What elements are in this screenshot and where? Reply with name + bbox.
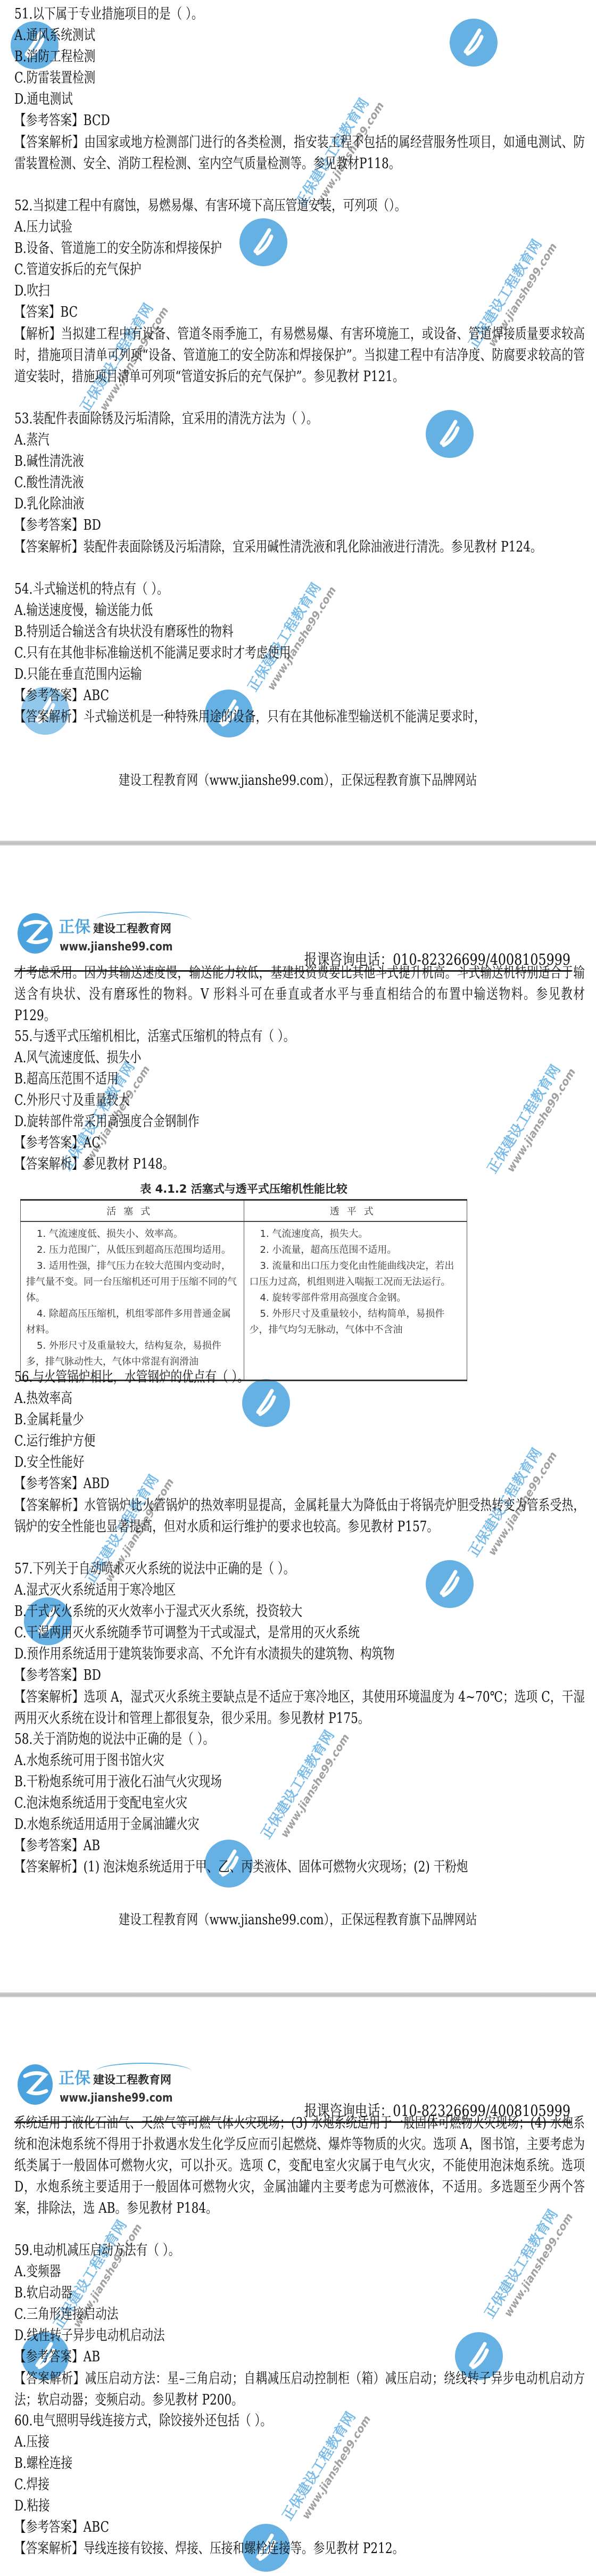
- reference-answer: 【参考答案】BCD: [14, 113, 110, 129]
- option-b: B.软启动器: [14, 2285, 72, 2301]
- watermark-text: 正保建设工程教育网www.jianshe99.com: [482, 1055, 578, 1183]
- watermark-logo-icon: [242, 1379, 290, 1427]
- table-cell-turbo: 1. 气流速度高，损失大。 2. 小流量，超高压范围不适用。 3. 流量和出口压…: [244, 1221, 467, 1381]
- option-a: A.水炮系统可用于图书馆火灾: [14, 1753, 164, 1769]
- reference-answer: 【参考答案】BD: [14, 1668, 101, 1684]
- option-b: B.特别适合输送含有块状没有磨琢性的物料: [14, 624, 234, 640]
- option-d: D.预作用系统适用于建筑装饰要求高、不允许有水渍损失的建筑物、构筑物: [14, 1646, 395, 1662]
- reference-answer: 【参考答案】AB: [14, 2349, 100, 2365]
- table-header-turbo: 透平式: [244, 1200, 467, 1222]
- logo-url: www.jianshe99.com: [60, 940, 173, 954]
- option-a: A.输送速度慢，输送能力低: [14, 603, 153, 619]
- table-header-piston: 活塞式: [21, 1200, 244, 1222]
- option-b: B.干式灭火系统的灭火效率小于湿式灭火系统，投资较大: [14, 1604, 302, 1620]
- page-footer: 建设工程教育网（www.jianshe99.com），正保远程教育旗下品牌网站: [0, 1909, 596, 1929]
- reference-answer: 【参考答案】ABC: [14, 2520, 109, 2536]
- logo-z-icon: [18, 2064, 53, 2105]
- reference-answer: 【参考答案】ABC: [14, 688, 109, 704]
- page-separator: [0, 1992, 596, 1997]
- option-d: D.安全性能好: [14, 1455, 84, 1471]
- option-a: A.风气流速度低、损失小: [14, 1050, 141, 1066]
- answer-analysis: 【答案解析】装配件表面除锈及污垢清除，宜采用碱性清洗液和乳化除油液进行清洗。参见…: [14, 537, 585, 558]
- logo-brand: 正保: [59, 2065, 90, 2088]
- option-b: B.螺栓连接: [14, 2456, 72, 2472]
- watermark-text: 正保建设工程教育网www.jianshe99.com: [255, 1721, 352, 1849]
- option-c: C.外形尺寸及重量较大: [14, 1093, 130, 1109]
- answer-analysis-continued: 才考虑采用。因为其输送速度慢，输送能力较低，基建投资费要比其他斗式提升机高。斗式…: [14, 963, 585, 1027]
- option-d: D.线性转子异步电动机启动法: [14, 2328, 165, 2344]
- question-stem: 60.电气照明导线连接方式，除饺接外还包括（ ）。: [14, 2413, 272, 2429]
- question-stem: 51.以下属于专业措施项目的是（ ）。: [14, 6, 203, 22]
- option-c: C.三角形连接启动法: [14, 2307, 118, 2323]
- question-stem: 52.当拟建工程中有腐蚀，易燃易爆、有害环境下高压管道安装，可列项（）。: [14, 198, 406, 214]
- page-separator: [0, 841, 596, 846]
- option-c: C.防雷装置检测: [14, 70, 95, 86]
- table-caption: 表 4.1.2 活塞式与透平式压缩机性能比较: [20, 1181, 467, 1199]
- option-b: B.金属耗量少: [14, 1412, 84, 1428]
- answer-analysis-continued: 系统适用于液化石油气、天然气等可燃气体火灾现场；(3) 水炮系统适用于一般固体可…: [14, 2113, 585, 2219]
- logo-url: www.jianshe99.com: [60, 2091, 173, 2105]
- option-c: C.焊接: [14, 2477, 49, 2493]
- option-a: A.蒸汽: [14, 432, 49, 448]
- option-a: A.热效率高: [14, 1391, 72, 1407]
- answer-analysis: 【答案解析】选项 A，湿式灭火系统主要缺点是不适应于寒冷地区，其使用环境温度为 …: [14, 1687, 585, 1729]
- option-d: D.乳化除油液: [14, 496, 84, 512]
- option-a: A.压力试验: [14, 219, 72, 235]
- watermark-text: 正保建设工程教育网www.jianshe99.com: [479, 2200, 575, 2328]
- option-b: B.超高压范围不适用: [14, 1071, 119, 1087]
- watermark-logo-icon: [450, 19, 498, 67]
- option-c: C.管道安拆后的充气保护: [14, 262, 142, 278]
- option-d: D.吹扫: [14, 283, 50, 299]
- option-d: D.通电测试: [14, 92, 73, 108]
- question-stem: 58.关于消防炮的说法中正确的是（ ）。: [14, 1732, 214, 1748]
- question-stem: 55.与透平式压缩机相比，活塞式压缩机的特点有（ ）。: [14, 1029, 295, 1045]
- page-header: 正保 建设工程教育网 www.jianshe99.com 报课咨询电话：010-…: [0, 905, 596, 972]
- answer-analysis: 【答案解析】水管锅炉比火管锅炉的热效率明显提高，金属耗量大为降低由于将锅壳炉胆受…: [14, 1495, 585, 1538]
- answer-analysis: 【答案解析】参见教材 P148。: [14, 1156, 174, 1172]
- reference-answer: 【参考答案】AB: [14, 1838, 100, 1854]
- answer-analysis: 【答案解析】减压启动方法：星–三角启动；自耦减压启动控制柜（箱）减压启动；绕线转…: [14, 2368, 585, 2411]
- question-stem: 53.装配件表面除锈及污垢清除，宜采用的清洗方法为（ ）。: [14, 411, 318, 427]
- question-stem: 54.斗式输送机的特点有（ ）。: [14, 581, 169, 597]
- reference-answer: 【答案】BC: [14, 305, 78, 321]
- logo-z-icon: [18, 913, 53, 954]
- reference-answer: 【参考答案】ABD: [14, 1476, 109, 1492]
- brand-logo: 正保 建设工程教育网 www.jianshe99.com: [16, 910, 186, 964]
- option-c: C.运行维护方便: [14, 1433, 95, 1449]
- question-stem: 57.下列关于自动喷水灭火系统的说法中正确的是（ ）。: [14, 1561, 295, 1577]
- answer-analysis: 【答案解析】(1) 泡沫炮系统适用于甲、乙、丙类液体、固体可燃物火灾现场；(2)…: [14, 1859, 468, 1875]
- comparison-table: 表 4.1.2 活塞式与透平式压缩机性能比较 活塞式 透平式 1. 气流速度低、…: [20, 1181, 467, 1381]
- answer-analysis: 【答案解析】由国家或地方检测部门进行的各类检测，指安装工程不包括的属经营服务性项…: [14, 132, 585, 175]
- answer-analysis: 【解析】当拟建工程中有设备、管道冬雨季施工，有易燃易爆、有害环境施工，或设备、管…: [14, 324, 585, 388]
- logo-site-name: 建设工程教育网: [93, 920, 171, 936]
- option-d: D.水炮系统适用适用于金属油罐火灾: [14, 1817, 199, 1833]
- option-a: A.湿式灭火系统适用于寒冷地区: [14, 1582, 176, 1598]
- question-stem: 59.电动机减压启动方法有（ ）。: [14, 2243, 180, 2259]
- watermark-logo-icon: [239, 218, 287, 266]
- watermark-text: 正保建设工程教育网www.jianshe99.com: [277, 2402, 373, 2530]
- option-c: C.酸性清洗液: [14, 475, 84, 491]
- watermark-logo-icon: [426, 410, 474, 458]
- brand-logo: 正保 建设工程教育网 www.jianshe99.com: [16, 2062, 186, 2115]
- option-b: B.干粉炮系统可用于液化石油气火灾现场: [14, 1774, 222, 1790]
- answer-analysis: 【答案解析】导线连接有铰接、焊接、压接和螺栓连接等。参见教材 P212。: [14, 2541, 404, 2557]
- table-cell-piston: 1. 气流速度低、损失小、效率高。 2. 压力范围广，从低压到超高压范围均适用。…: [21, 1221, 244, 1381]
- option-d: D.只能在垂直范围内运输: [14, 667, 142, 683]
- option-c: C.泡沫炮系统适用于变配电室火灾: [14, 1795, 187, 1811]
- option-b: B.碱性清洗液: [14, 454, 84, 470]
- option-a: A.变频器: [14, 2264, 61, 2280]
- answer-analysis: 【答案解析】斗式输送机是一种特殊用途的设备，只有在其他标准型输送机不能满足要求时…: [14, 709, 486, 725]
- option-d: D.粘接: [14, 2498, 50, 2514]
- page-footer: 建设工程教育网（www.jianshe99.com），正保远程教育旗下品牌网站: [0, 769, 596, 789]
- option-b: B.消防工程检测: [14, 49, 95, 65]
- reference-answer: 【参考答案】AC: [14, 1135, 101, 1151]
- logo-site-name: 建设工程教育网: [93, 2071, 171, 2087]
- option-d: D.旋转部件常采用高强度合金钢制作: [14, 1114, 199, 1130]
- option-b: B.设备、管道施工的安全防冻和焊接保护: [14, 241, 222, 257]
- option-c: C.干湿两用灭火系统随季节可调整为干式或湿式，是常用的灭火系统: [14, 1625, 360, 1641]
- reference-answer: 【参考答案】BD: [14, 518, 101, 534]
- option-a: A.通风系统测试: [14, 28, 95, 44]
- question-stem: 56.与火管锅炉相比，水管钢炉的优点有（ ）。: [14, 1369, 249, 1385]
- watermark-logo-icon: [426, 1560, 474, 1608]
- watermark-text: 正保建设工程教育网www.jianshe99.com: [242, 573, 338, 701]
- option-a: A.压接: [14, 2434, 49, 2450]
- logo-brand: 正保: [59, 914, 90, 937]
- option-c: C.只有在其他非标准输送机不能满足要求时才考虑使用: [14, 645, 291, 661]
